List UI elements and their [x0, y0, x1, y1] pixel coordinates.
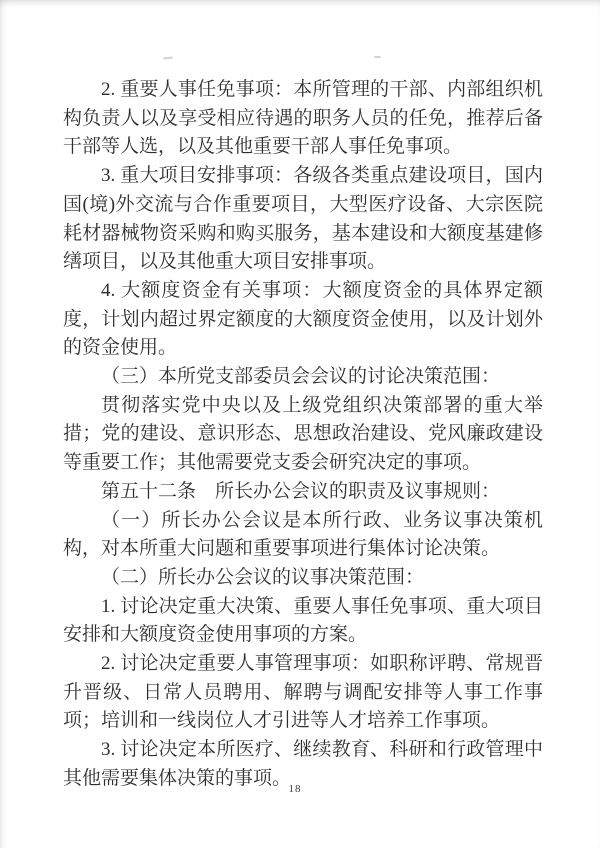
- document-body: 2. 重要人事任免事项：本所管理的干部、内部组织机构负责人以及享受相应待遇的职务…: [63, 76, 543, 794]
- scan-artifact: [163, 56, 173, 59]
- paragraph: （一）所长办公会议是本所行政、业务议事决策机构，对本所重大问题和重要事项进行集体…: [63, 507, 543, 564]
- paragraph: 1. 讨论决定重大决策、重要人事任免事项、重大项目安排和大额度资金使用事项的方案…: [63, 593, 543, 650]
- paragraph: 2. 重要人事任免事项：本所管理的干部、内部组织机构负责人以及享受相应待遇的职务…: [63, 76, 543, 162]
- paragraph: （三）本所党支部委员会会议的讨论决策范围：: [63, 363, 543, 392]
- paragraph: 第五十二条 所长办公会议的职责及议事规则：: [63, 478, 543, 507]
- paragraph: 贯彻落实党中央以及上级党组织决策部署的重大举措；党的建设、意识形态、思想政治建设…: [63, 392, 543, 478]
- paragraph: 4. 大额度资金有关事项：大额度资金的具体界定额度，计划内超过界定额度的大额度资…: [63, 277, 543, 363]
- scan-artifact: [374, 56, 381, 58]
- paragraph: 2. 讨论决定重要人事管理事项：如职称评聘、常规晋升晋级、日常人员聘用、解聘与调…: [63, 650, 543, 736]
- paragraph: 3. 重大项目安排事项：各级各类重点建设项目，国内国(境)外交流与合作重要项目，…: [63, 162, 543, 277]
- paragraph: （二）所长办公会议的议事决策范围：: [63, 564, 543, 593]
- page-number: 18: [0, 783, 590, 795]
- scanned-document-page: 2. 重要人事任免事项：本所管理的干部、内部组织机构负责人以及享受相应待遇的职务…: [0, 0, 600, 848]
